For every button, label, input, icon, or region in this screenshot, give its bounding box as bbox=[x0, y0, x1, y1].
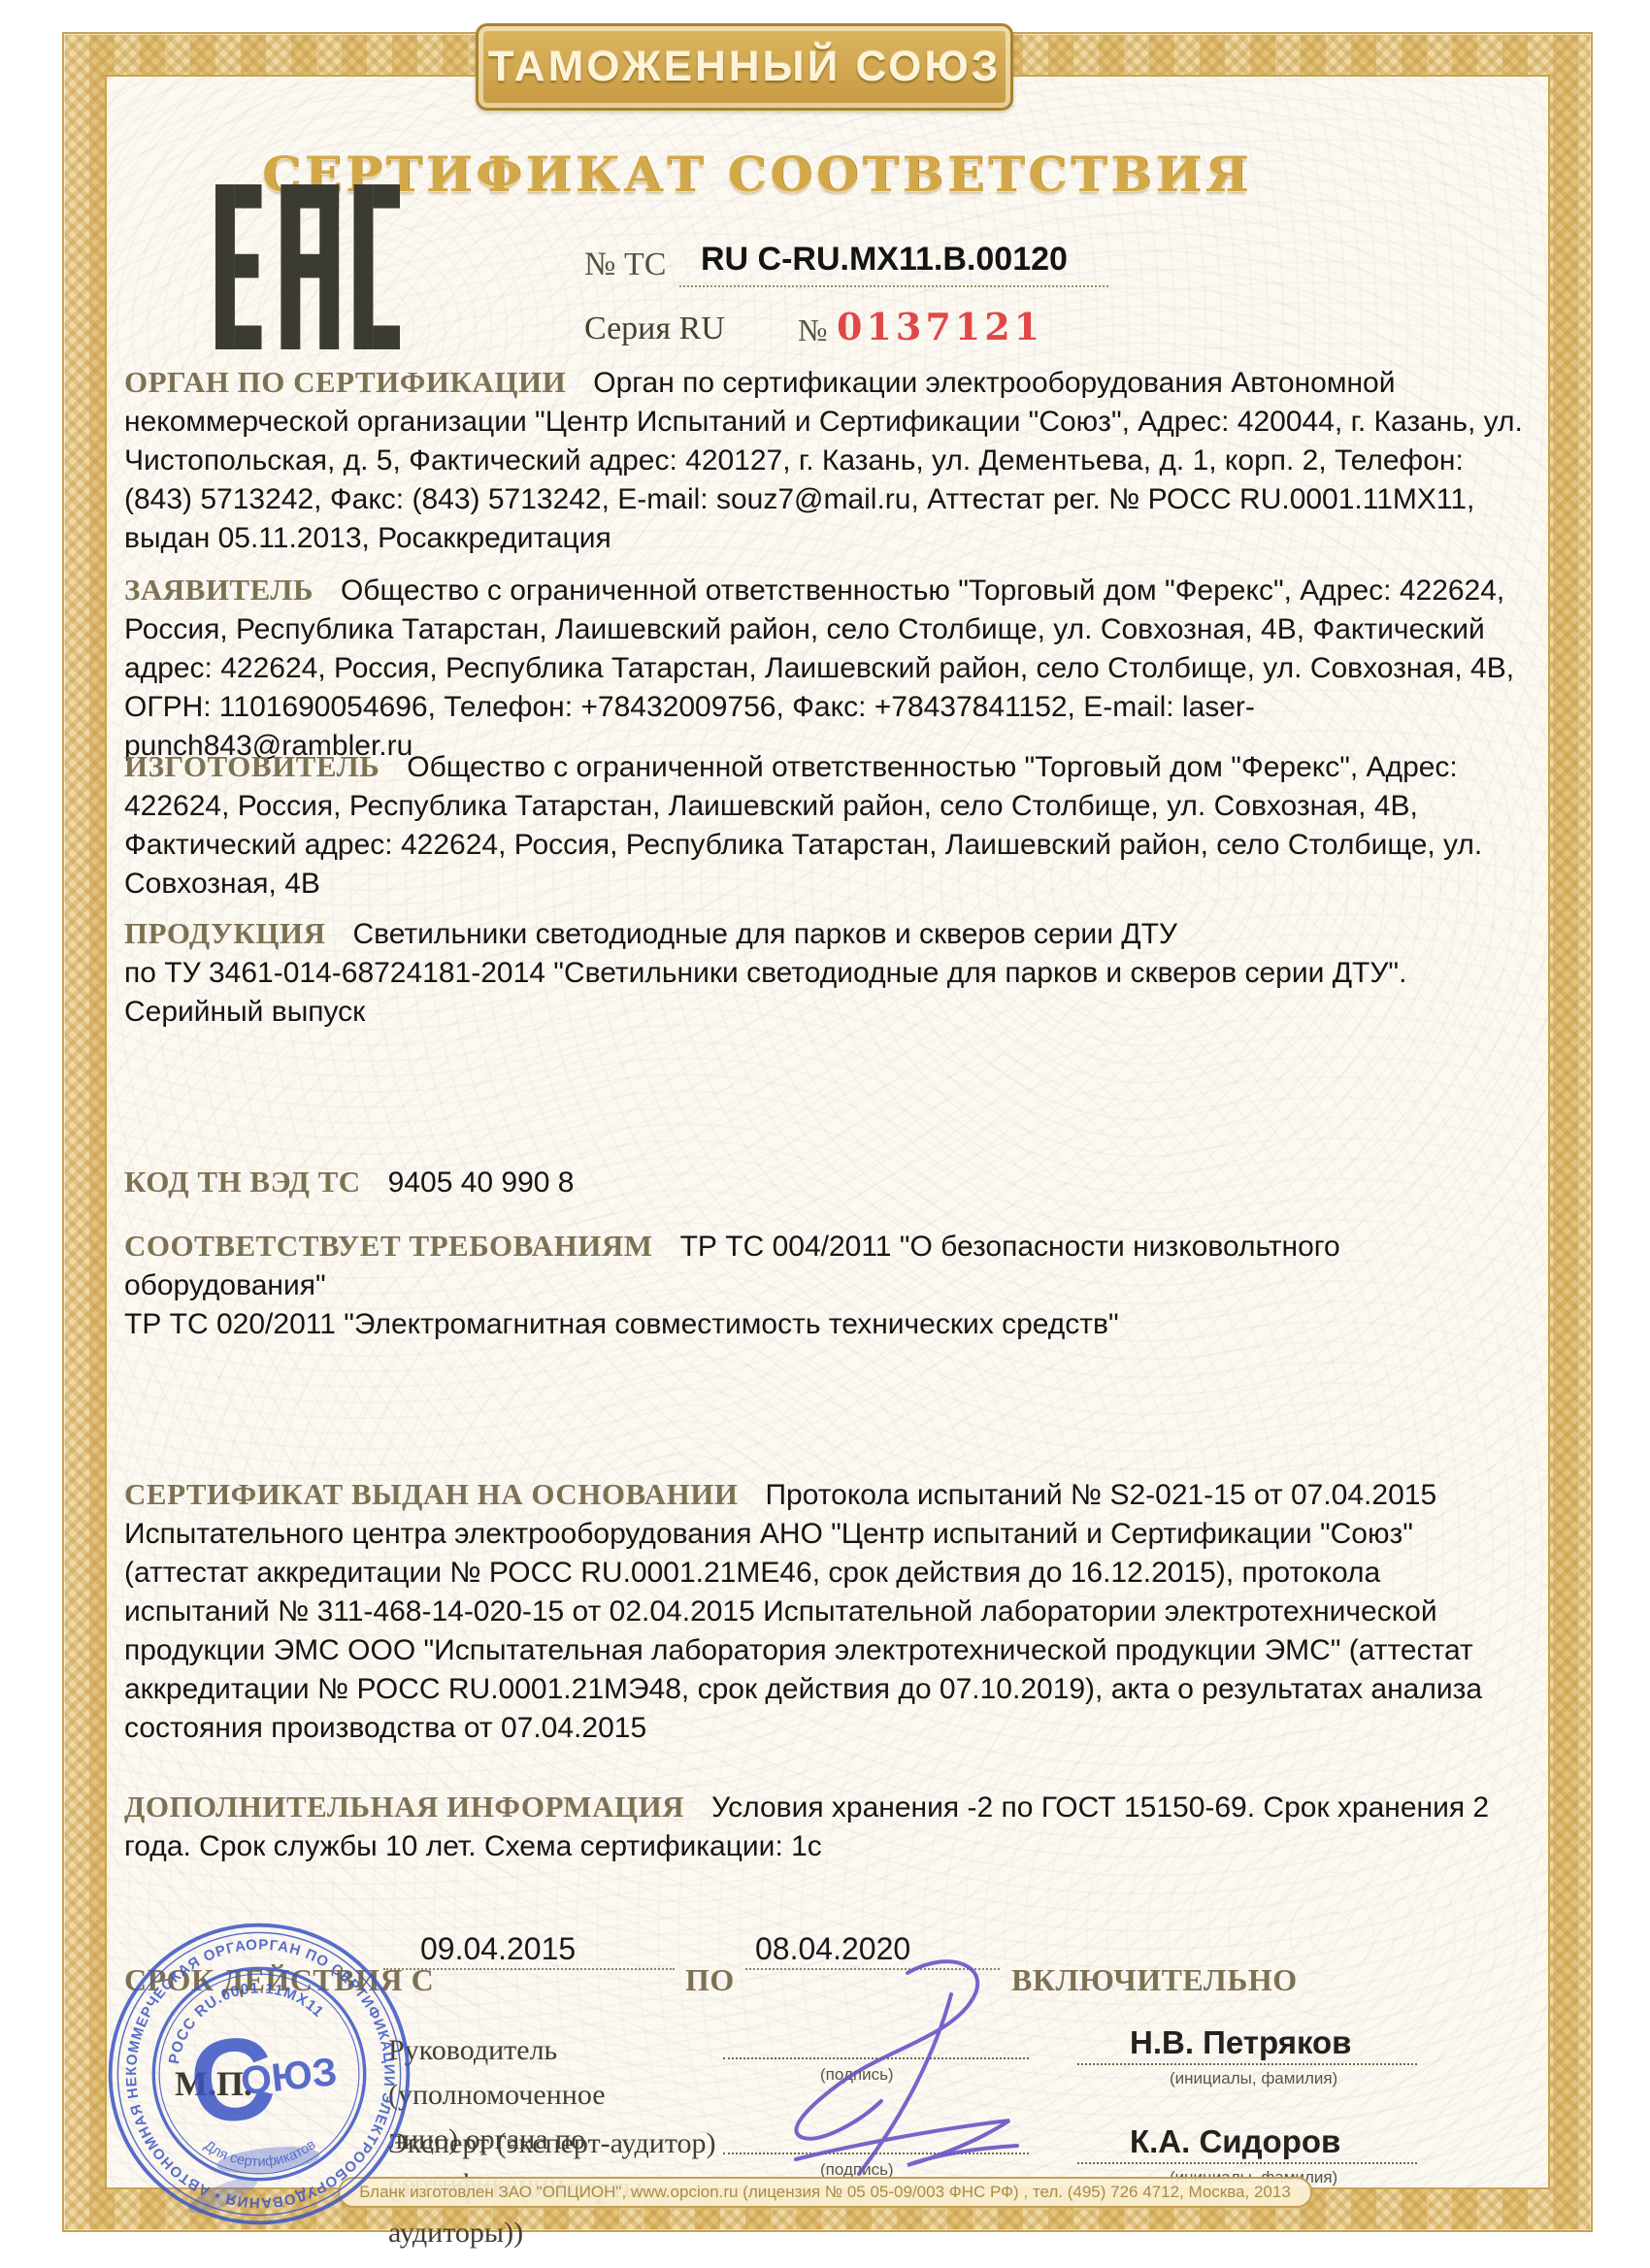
section-label: ИЗГОТОВИТЕЛЬ bbox=[124, 749, 379, 783]
name-line bbox=[1077, 2063, 1417, 2065]
handwritten-signature bbox=[660, 1956, 1126, 2208]
series-label: Серия RU bbox=[584, 311, 725, 347]
series-value: 0137121 bbox=[837, 305, 1043, 348]
eac-mark-icon bbox=[215, 184, 400, 349]
cert-number-value: RU C-RU.MX11.B.00120 bbox=[679, 241, 1108, 279]
name-caption: (инициалы, фамилия) bbox=[1170, 2069, 1337, 2088]
stamp-center-word: ОЮЗ bbox=[239, 2049, 340, 2103]
section-certification-body: ОРГАН ПО СЕРТИФИКАЦИИОрган по сертификац… bbox=[124, 363, 1526, 558]
cert-number-label: № ТС bbox=[584, 247, 666, 283]
section-text: Общество с ограниченной ответственностью… bbox=[124, 575, 1514, 762]
expert-name: К.А. Сидоров bbox=[1130, 2123, 1340, 2160]
section-label: ПРОДУКЦИЯ bbox=[124, 916, 325, 950]
section-label: ОРГАН ПО СЕРТИФИКАЦИИ bbox=[124, 365, 566, 399]
section-text: 9405 40 990 8 bbox=[388, 1167, 575, 1199]
section-label: ДОПОЛНИТЕЛЬНАЯ ИНФОРМАЦИЯ bbox=[124, 1790, 684, 1824]
section-text: Протокола испытаний № S2-021-15 от 07.04… bbox=[124, 1479, 1482, 1744]
section-applicant: ЗАЯВИТЕЛЬОбщество с ограниченной ответст… bbox=[124, 571, 1526, 766]
cert-number-underline: RU C-RU.MX11.B.00120 bbox=[679, 241, 1108, 287]
customs-union-banner-text: ТАМОЖЕННЫЙ СОЮЗ bbox=[488, 43, 1002, 91]
section-tn-ved-code: КОД ТН ВЭД ТС9405 40 990 8 bbox=[124, 1163, 1526, 1202]
validity-from-date: 09.04.2015 bbox=[383, 1925, 675, 1967]
name-line bbox=[1077, 2162, 1417, 2164]
certification-body-stamp: ОРГАН ПО СЕРТИФИКАЦИИ ЭЛЕКТРООБОРУДОВАНИ… bbox=[83, 1898, 436, 2251]
customs-union-banner: ТАМОЖЕННЫЙ СОЮЗ bbox=[476, 23, 1013, 111]
section-additional-info: ДОПОЛНИТЕЛЬНАЯ ИНФОРМАЦИЯУсловия хранени… bbox=[124, 1788, 1526, 1866]
section-label: ЗАЯВИТЕЛЬ bbox=[124, 573, 313, 607]
head-name: Н.В. Петряков bbox=[1130, 2024, 1351, 2061]
series-number-sign: № bbox=[798, 312, 828, 348]
section-meets-requirements: СООТВЕТСТВУЕТ ТРЕБОВАНИЯМТР ТС 004/2011 … bbox=[124, 1227, 1526, 1344]
section-issued-on-basis: СЕРТИФИКАТ ВЫДАН НА ОСНОВАНИИПротокола и… bbox=[124, 1475, 1526, 1748]
section-products: ПРОДУКЦИЯСветильники светодиодные для па… bbox=[124, 914, 1526, 1032]
section-label: СЕРТИФИКАТ ВЫДАН НА ОСНОВАНИИ bbox=[124, 1477, 738, 1511]
section-label: СООТВЕТСТВУЕТ ТРЕБОВАНИЯМ bbox=[124, 1229, 653, 1263]
section-label: КОД ТН ВЭД ТС bbox=[124, 1165, 361, 1199]
section-manufacturer: ИЗГОТОВИТЕЛЬОбщество с ограниченной отве… bbox=[124, 747, 1526, 904]
